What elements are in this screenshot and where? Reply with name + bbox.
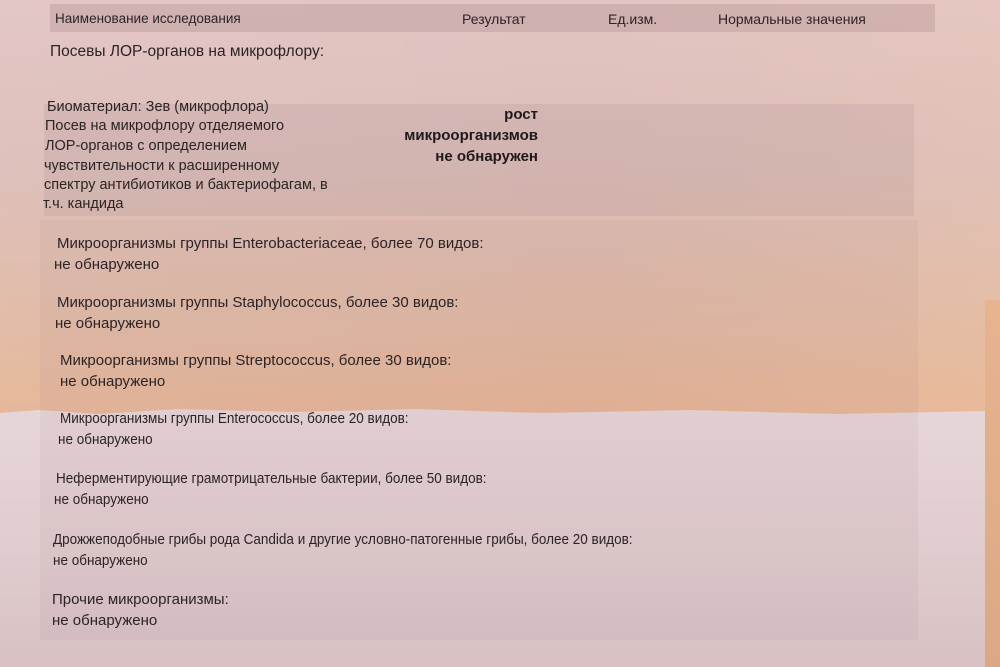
- finding-enterococcus: Микроорганизмы группы Enterococcus, боле…: [60, 408, 447, 450]
- finding-nonfermenting-bacteria: Неферментирующие грамотрицательные бакте…: [56, 468, 534, 510]
- header-normal: Нормальные значения: [718, 11, 866, 27]
- section-title: Посевы ЛОР-органов на микрофлору:: [50, 41, 324, 62]
- finding-staphylococcus: Микроорганизмы группы Staphylococcus, бо…: [57, 292, 458, 334]
- header-name: Наименование исследования: [55, 11, 241, 26]
- finding-enterobacteriaceae: Микроорганизмы группы Enterobacteriaceae…: [57, 233, 484, 275]
- header-result: Результат: [462, 11, 526, 27]
- header-units: Ед.изм.: [608, 11, 657, 27]
- finding-other-microorganisms: Прочие микроорганизмы: не обнаружено: [52, 589, 229, 631]
- test-result: рост микроорганизмов не обнаружен: [340, 104, 538, 167]
- finding-candida-fungi: Дрожжеподобные грибы рода Candida и друг…: [53, 529, 697, 571]
- finding-streptococcus: Микроорганизмы группы Streptococcus, бол…: [60, 350, 451, 392]
- table-header: Наименование исследования Результат Ед.и…: [50, 4, 935, 32]
- paper-edge: [985, 300, 1000, 667]
- biomaterial: Биоматериал: Зев (микрофлора): [47, 97, 269, 117]
